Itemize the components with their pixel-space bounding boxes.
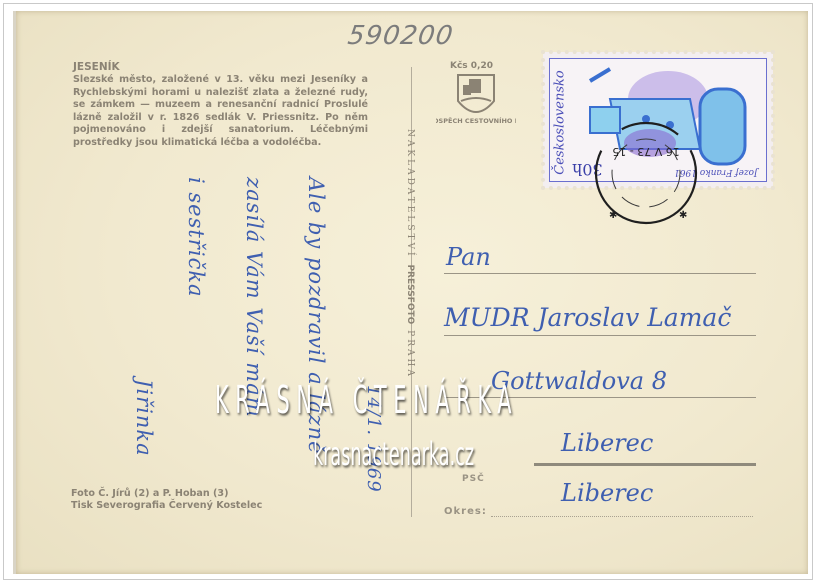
- postcard: 590200 JESENÍK Slezské město, založené v…: [13, 11, 808, 574]
- publisher-prefix: NAKLADATELSTVÍ: [405, 129, 415, 259]
- postmark-date: 16 V 73 - 15: [612, 145, 679, 158]
- svg-text:✱: ✱: [609, 210, 617, 221]
- publisher-name: PRESSFOTO: [405, 264, 415, 324]
- postmark-icon: 16 V 73 - 15 ✱ ✱: [581, 118, 711, 248]
- address-line-1: [444, 273, 756, 274]
- description-body: Slezské město, založené v 13. věku mezi …: [73, 74, 368, 149]
- emblem-price: Kčs 0,20: [450, 61, 493, 71]
- okres-label: Okres:: [444, 506, 487, 517]
- credits-line-1: Foto Č. Jírů (2) a P. Hoban (3): [71, 488, 262, 500]
- publisher-imprint: NAKLADATELSTVÍ PRESSFOTO PRAHA: [405, 129, 415, 379]
- address-city: Liberec: [561, 429, 653, 457]
- credits-line-2: Tisk Severografia Červený Kostelec: [71, 500, 262, 512]
- description-title: JESENÍK: [73, 61, 120, 73]
- pencil-catalog-number: 590200: [346, 21, 455, 51]
- publisher-city: PRAHA: [405, 330, 415, 379]
- svg-text:✱: ✱: [679, 210, 687, 221]
- castle-emblem-icon: VE PROSPĚCH CESTOVNÍHO RUCHU: [436, 61, 516, 131]
- address-district: Liberec: [561, 479, 653, 507]
- psc-label: PSČ: [462, 474, 485, 484]
- address-line-2: [444, 335, 756, 336]
- stamp-country: Československo: [553, 70, 568, 174]
- address-salutation: Pan: [446, 243, 491, 271]
- address-recipient: MUDR Jaroslav Lamač: [444, 303, 731, 332]
- watermark-title: KRÁSNÁ ČTENÁŘKA: [215, 378, 518, 422]
- message-line-3: i sestřička: [184, 177, 208, 298]
- tourism-emblem: Kčs 0,20 VE PROSPĚCH CESTOVNÍHO RUCHU: [436, 61, 516, 131]
- watermark-url: krasnactenarka.cz: [313, 435, 474, 473]
- address-line-4: [534, 463, 756, 466]
- emblem-motto: VE PROSPĚCH CESTOVNÍHO RUCHU: [436, 116, 516, 125]
- photo-credits: Foto Č. Jírů (2) a P. Hoban (3) Tisk Sev…: [71, 488, 262, 512]
- okres-dotted-line: [491, 516, 753, 517]
- message-signature: Jiřinka: [132, 379, 156, 457]
